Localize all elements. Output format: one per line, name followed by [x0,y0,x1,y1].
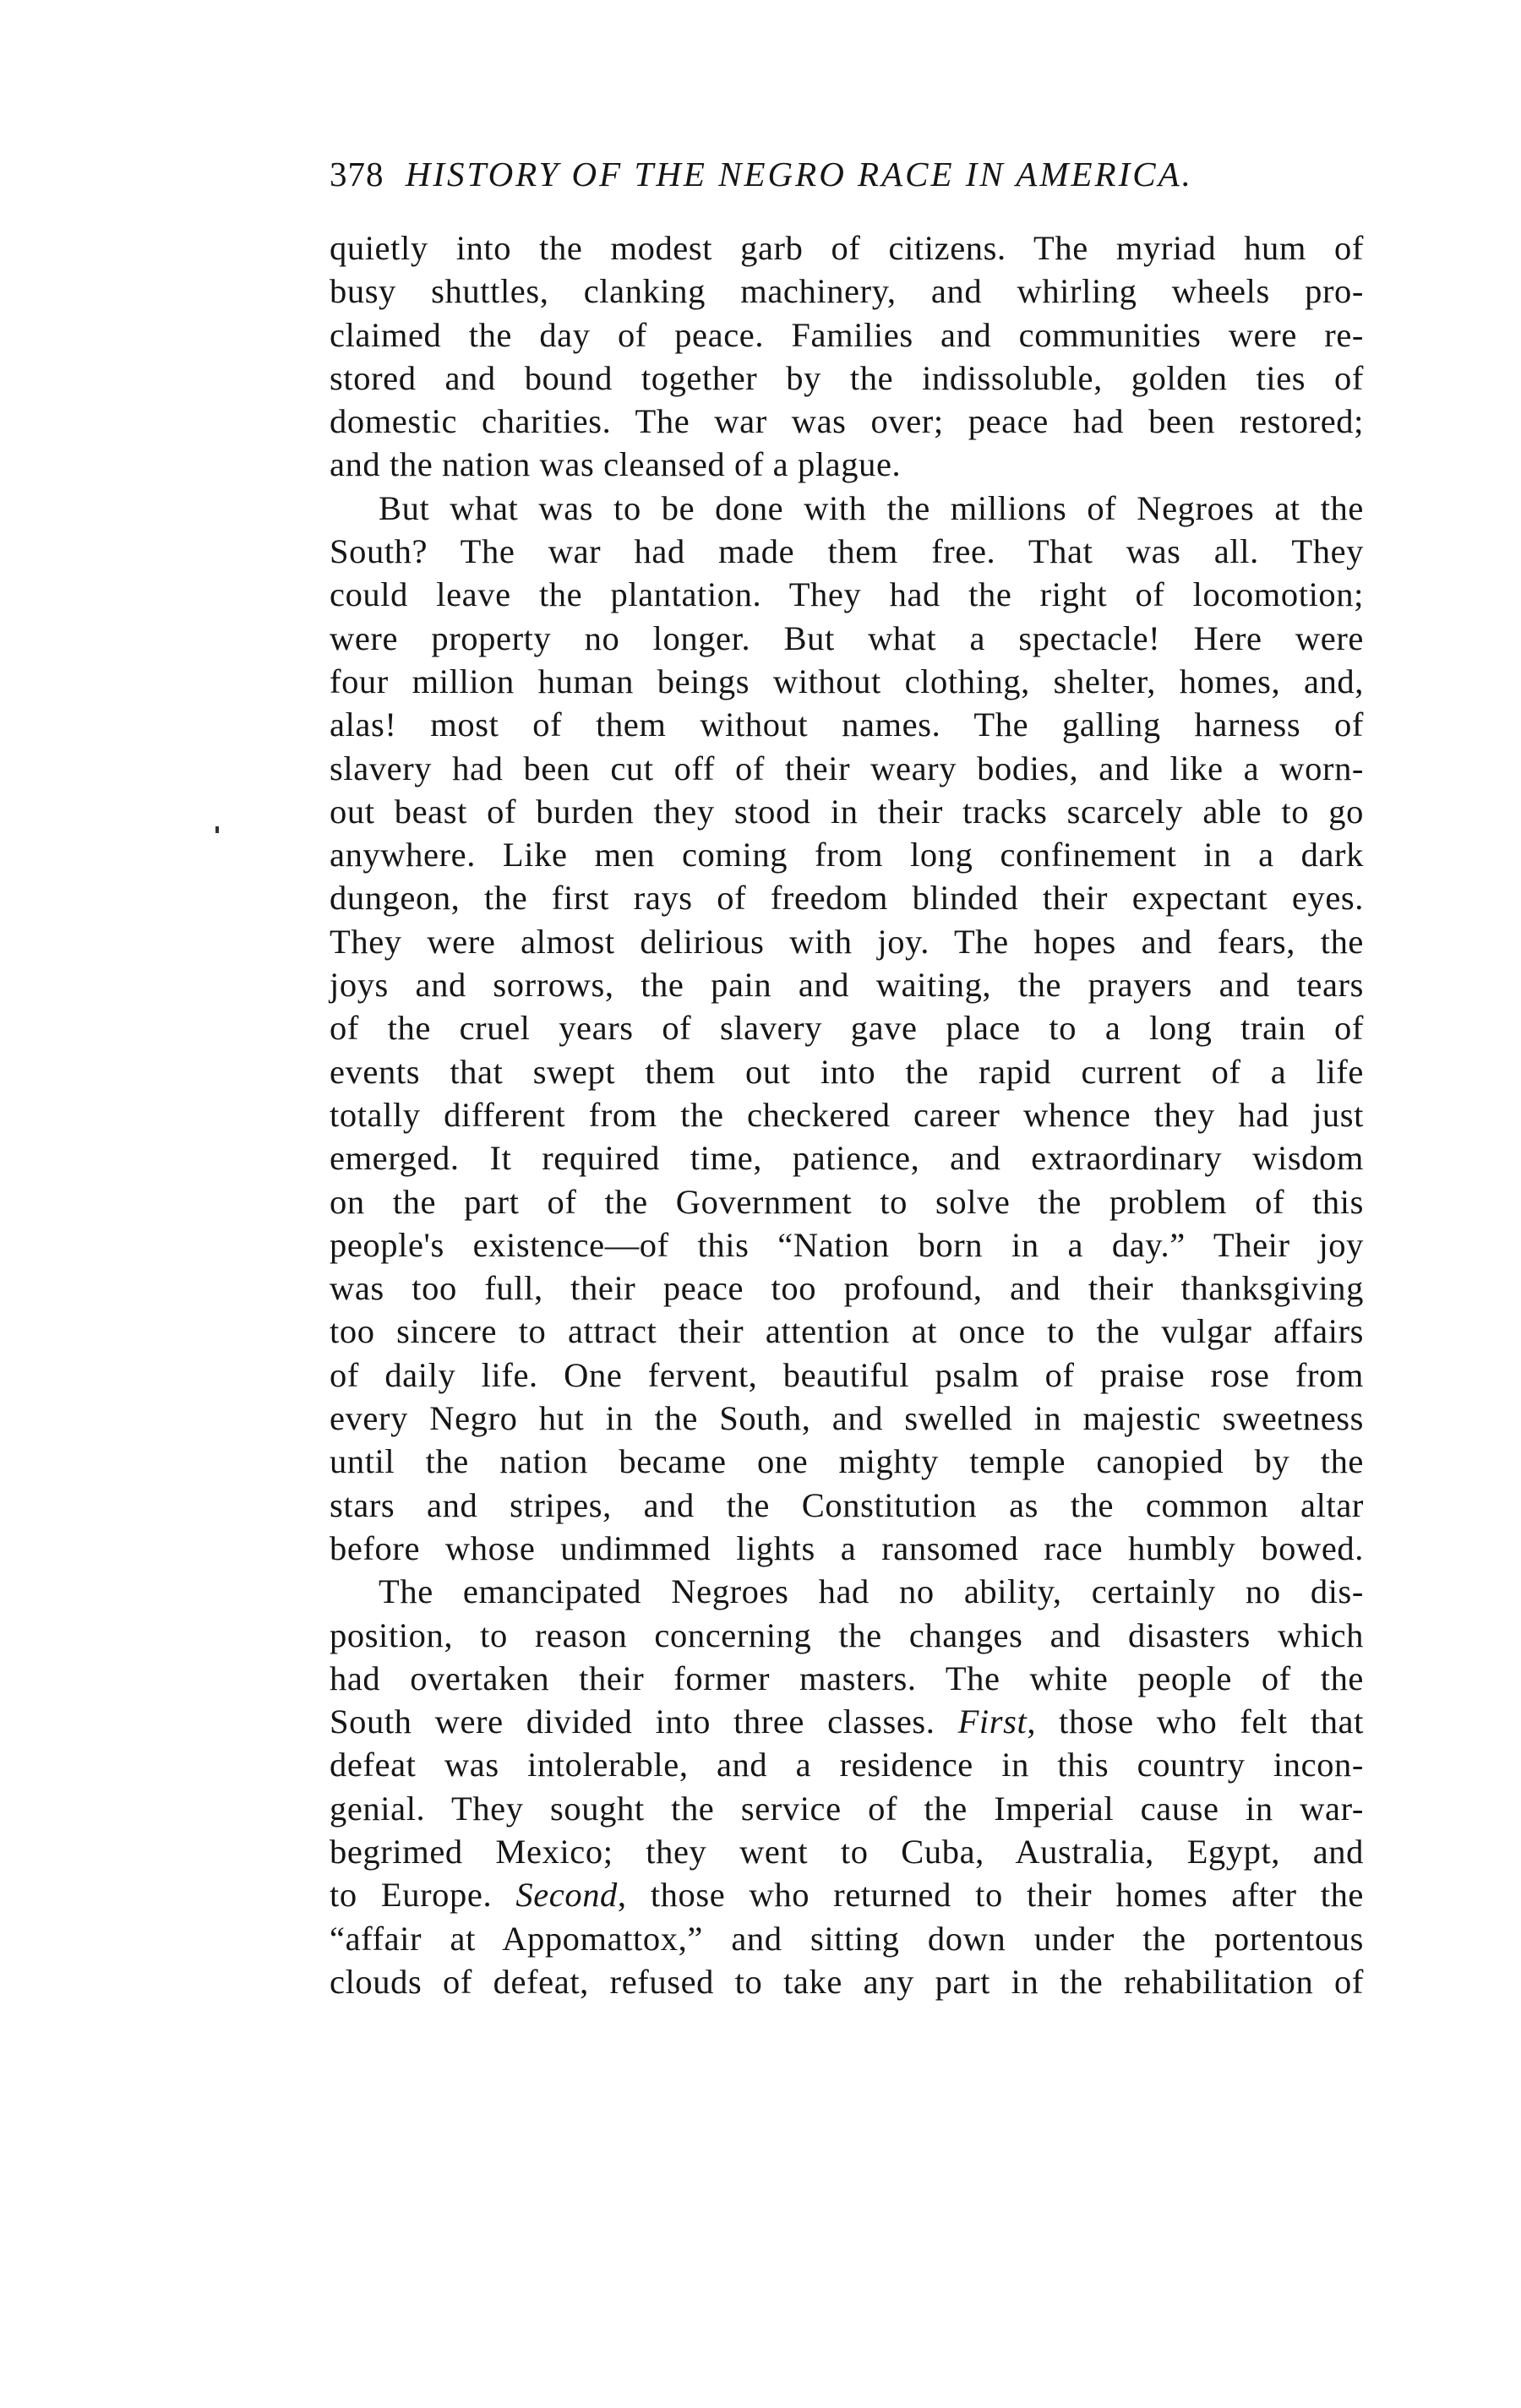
text-line: position, to reason concerning the chang… [330,1614,1364,1657]
text-line: domestic charities. The war was over; pe… [330,400,1364,443]
text-line: clouds of defeat, refused to take any pa… [330,1960,1364,2003]
running-title: HISTORY OF THE NEGRO RACE IN AMERICA. [406,155,1193,193]
text-line: of the cruel years of slavery gave place… [330,1006,1364,1049]
text-line: South? The war had made them free. That … [330,530,1364,573]
text-line: on the part of the Government to solve t… [330,1180,1364,1223]
text-line: slavery had been cut off of their weary … [330,747,1364,790]
text-line: of daily life. One fervent, beautiful ps… [330,1354,1364,1397]
text-line: begrimed Mexico; they went to Cuba, Aust… [330,1830,1364,1873]
text-line: could leave the plantation. They had the… [330,573,1364,616]
page-body: quietly into the modest garb of citizens… [330,226,1364,2003]
text-line: dungeon, the first rays of freedom blind… [330,876,1364,919]
emphasis: Second [515,1876,618,1914]
text-line: was too full, their peace too profound, … [330,1267,1364,1310]
text-line: emerged. It required time, patience, and… [330,1136,1364,1179]
text-line: until the nation became one mighty templ… [330,1440,1364,1483]
text-line: claimed the day of peace. Families and c… [330,313,1364,357]
text-line: They were almost delirious with joy. The… [330,920,1364,963]
text-line: “affair at Appomattox,” and sitting down… [330,1917,1364,1960]
text-line: totally different from the checkered car… [330,1093,1364,1136]
text-line: to Europe. Second, those who returned to… [330,1873,1364,1916]
text-line: stars and stripes, and the Constitution … [330,1484,1364,1527]
text-line: people's existence—of this “Nation born … [330,1223,1364,1267]
text-line: were property no longer. But what a spec… [330,617,1364,660]
text-line: events that swept them out into the rapi… [330,1050,1364,1093]
text-line: and the nation was cleansed of a plague. [330,443,1364,486]
text-line: alas! most of them without names. The ga… [330,703,1364,746]
text-line: But what was to be done with the million… [330,487,1364,530]
text-line: out beast of burden they stood in their … [330,790,1364,833]
text-line: too sincere to attract their attention a… [330,1310,1364,1353]
text-line: before whose undimmed lights a ransomed … [330,1527,1364,1570]
running-header: 378 HISTORY OF THE NEGRO RACE IN AMERICA… [330,154,1369,204]
text-line: every Negro hut in the South, and swelle… [330,1397,1364,1440]
text-line: South were divided into three classes. F… [330,1700,1364,1743]
text-line: stored and bound together by the indisso… [330,357,1364,400]
emphasis: First [958,1702,1028,1741]
scan-speck [215,826,219,833]
page-number: 378 [330,155,384,193]
text-line: quietly into the modest garb of citizens… [330,226,1364,270]
text-line: anywhere. Like men coming from long conf… [330,833,1364,876]
text-line: four million human beings without clothi… [330,660,1364,703]
text-line: defeat was intolerable, and a residence … [330,1743,1364,1786]
text-line: genial. They sought the service of the I… [330,1787,1364,1830]
text-line: joys and sorrows, the pain and waiting, … [330,963,1364,1006]
text-line: The emancipated Negroes had no ability, … [330,1570,1364,1613]
text-line: had overtaken their former masters. The … [330,1657,1364,1700]
text-line: busy shuttles, clanking machinery, and w… [330,270,1364,313]
